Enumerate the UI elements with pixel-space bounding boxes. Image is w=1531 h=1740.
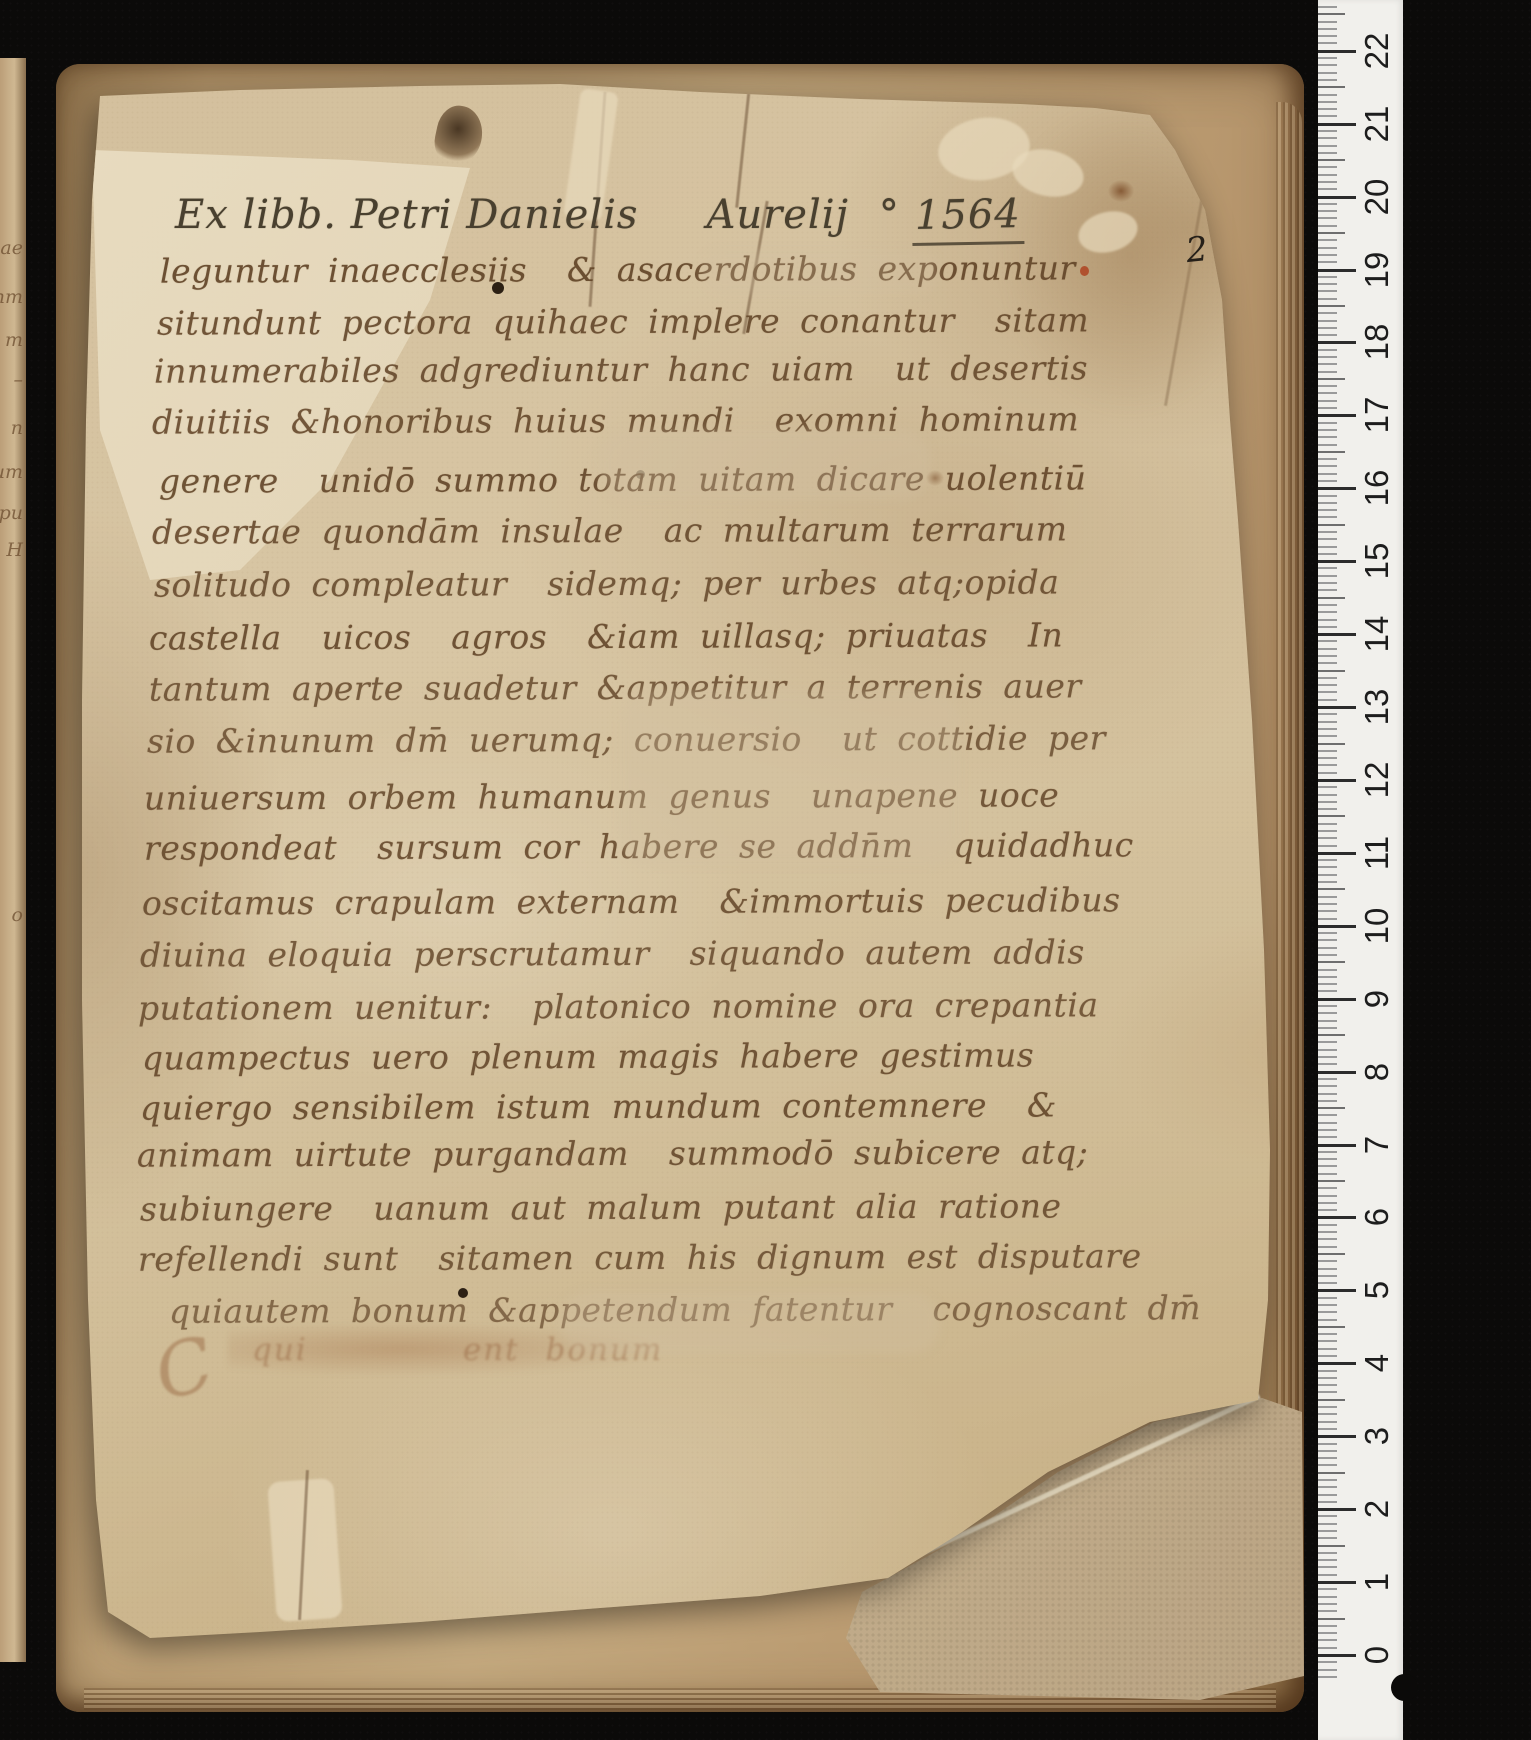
ruler-tick-mm (1318, 1238, 1337, 1240)
ruler-tick-half (1318, 1180, 1345, 1182)
ruler-tick-mm (1318, 1625, 1337, 1627)
ruler-tick-mm (1318, 1158, 1337, 1160)
ruler-cm-label: 16 (1360, 465, 1394, 511)
ruler-tick-mm (1318, 677, 1337, 679)
ruler-tick-half (1318, 888, 1345, 890)
ruler-tick-mm (1318, 1523, 1337, 1525)
ruler-tick-mm (1318, 699, 1337, 701)
ruler-tick-mm (1318, 174, 1337, 176)
ruler-tick-mm (1318, 465, 1337, 467)
ruler-tick-mm (1318, 1669, 1337, 1671)
manuscript-text-line: animam uirtute purgandam summodō subicer… (137, 1132, 1088, 1175)
ruler-tick-half (1318, 1472, 1345, 1474)
ruler-tick-mm (1318, 72, 1337, 74)
ruler-tick-cm (1318, 852, 1356, 855)
ruler-tick-half (1318, 86, 1345, 88)
ruler-tick-half (1318, 961, 1345, 963)
ruler-tick-mm (1318, 976, 1337, 978)
ruler-tick-cm (1318, 779, 1356, 782)
ruler-tick-mm (1318, 866, 1337, 868)
ruler-tick-mm (1318, 283, 1337, 285)
ruler-tick-mm (1318, 1246, 1337, 1248)
ruler-tick-mm (1318, 400, 1337, 402)
ruler-tick-half (1318, 1545, 1345, 1547)
ex-libris-name: Aurelij (706, 192, 848, 238)
ruler-cm-label: 17 (1360, 392, 1394, 438)
manuscript-text-line: subiungere uanum aut malum putant alia r… (140, 1186, 1062, 1229)
ruler-tick-mm (1318, 217, 1337, 219)
ruler-tick-mm (1318, 1005, 1337, 1007)
ruler-tick-cm (1318, 196, 1356, 199)
ruler-cm-label: 10 (1360, 903, 1394, 949)
ruler-cm-label: 9 (1360, 976, 1394, 1022)
ruler-tick-mm (1318, 203, 1337, 205)
manuscript-text-line: castella uicos agros &iam uillasq; priua… (149, 615, 1063, 658)
folio-number: 2 (1184, 229, 1210, 271)
ruler-tick-mm (1318, 1297, 1337, 1299)
manuscript-text-line: solitudo compleatur sidemq; per urbes at… (154, 562, 1060, 605)
ruler-tick-mm (1318, 757, 1337, 759)
ruler-cm-label: 11 (1360, 830, 1394, 876)
ruler-tick-mm (1318, 298, 1337, 300)
ruler-tick-mm (1318, 1406, 1337, 1408)
ruler-tick-mm (1318, 1552, 1337, 1554)
ruler-tick-mm (1318, 1129, 1337, 1131)
ruler-tick-half (1318, 1326, 1345, 1328)
ruler-tick-mm (1318, 1537, 1337, 1539)
ruler-tick-mm (1318, 1224, 1337, 1226)
ruler-tick-mm (1318, 166, 1337, 168)
ruler-tick-mm (1318, 502, 1337, 504)
ruler-tick-mm (1318, 983, 1337, 985)
ruler-tick-mm (1318, 1559, 1337, 1561)
ruler-tick-cm (1318, 1216, 1356, 1219)
ruler-tick-mm (1318, 327, 1337, 329)
ruler-tick-mm (1318, 750, 1337, 752)
ruler-tick-half (1318, 1399, 1345, 1401)
ruler-tick-mm (1318, 1530, 1337, 1532)
ruler-tick-mm (1318, 713, 1337, 715)
ruler-cm-label: 7 (1360, 1122, 1394, 1168)
ruler-tick-mm (1318, 1494, 1337, 1496)
ruler-tick-mm (1318, 1268, 1337, 1270)
ruler-tick-mm (1318, 1020, 1337, 1022)
ruler-cm-label: 13 (1360, 684, 1394, 730)
ruler-tick-mm (1318, 42, 1337, 44)
ruler-tick-mm (1318, 1202, 1337, 1204)
ruler-tick-mm (1318, 1413, 1337, 1415)
ruler-cm-label: 12 (1360, 757, 1394, 803)
ruler-tick-mm (1318, 1311, 1337, 1313)
ruler-tick-mm (1318, 516, 1337, 518)
ruler-tick-mm (1318, 910, 1337, 912)
ruler-tick-mm (1318, 94, 1337, 96)
ruler-cm-label: 21 (1360, 101, 1394, 147)
ruler-tick-mm (1318, 1486, 1337, 1488)
ruler-cm-label: 6 (1360, 1194, 1394, 1240)
ruler-tick-mm (1318, 137, 1337, 139)
ruler-cm-label: 2 (1360, 1486, 1394, 1532)
ruler-tick-mm (1318, 918, 1337, 920)
ruler-tick-half (1318, 815, 1345, 817)
ruler-tick-cm (1318, 633, 1356, 636)
ruler-tick-mm (1318, 1187, 1337, 1189)
ruler-tick-mm (1318, 1333, 1337, 1335)
leaf-wrap: Ex libb. Petri Danielis Aurelij ° 1564 2… (0, 0, 1531, 1740)
ruler-tick-mm (1318, 188, 1337, 190)
ruler-tick-mm (1318, 1661, 1337, 1663)
ruler-tick-mm (1318, 495, 1337, 497)
ruler-cm-label: 18 (1360, 319, 1394, 365)
ruler-tick-mm (1318, 1501, 1337, 1503)
ruler-tick-cm (1318, 1508, 1356, 1511)
ruler-tick-mm (1318, 436, 1337, 438)
ruler-tick-mm (1318, 1078, 1337, 1080)
red-spot (1080, 266, 1089, 276)
ruler-tick-mm (1318, 1588, 1337, 1590)
ruler-tick-mm (1318, 320, 1337, 322)
ruler-tick-cm (1318, 487, 1356, 490)
ruler-tick-mm (1318, 261, 1337, 263)
ruler-tick-half (1318, 1253, 1345, 1255)
ruler-tick-mm (1318, 575, 1337, 577)
ruler-cm-label: 15 (1360, 538, 1394, 584)
ruler-tick-mm (1318, 371, 1337, 373)
ruler-tick-mm (1318, 429, 1337, 431)
ruler-tick-mm (1318, 640, 1337, 642)
ruler-tick-mm (1318, 1428, 1337, 1430)
ruler-tick-mm (1318, 662, 1337, 664)
ruler-tick-half (1318, 378, 1345, 380)
ruler-tick-mm (1318, 589, 1337, 591)
ruler-tick-mm (1318, 385, 1337, 387)
ruler-tick-mm (1318, 1319, 1337, 1321)
ruler-tick-mm (1318, 728, 1337, 730)
ruler-tick-mm (1318, 538, 1337, 540)
ruler-tick-mm (1318, 392, 1337, 394)
ruler-tick-mm (1318, 1450, 1337, 1452)
ruler-tick-mm (1318, 6, 1337, 8)
ruler-tick-mm (1318, 1340, 1337, 1342)
ruler-tick-mm (1318, 1100, 1337, 1102)
faded-ink-area (560, 1292, 940, 1354)
ruler-tick-cm (1318, 123, 1356, 126)
ruler-tick-cm (1318, 269, 1356, 272)
ruler-tick-mm (1318, 1041, 1337, 1043)
ruler-tick-cm (1318, 1144, 1356, 1147)
ruler-tick-mm (1318, 786, 1337, 788)
ruler-tick-mm (1318, 1209, 1337, 1211)
ruler-tick-mm (1318, 721, 1337, 723)
ruler-tick-mm (1318, 990, 1337, 992)
manuscript-text-line: diuina eloquia perscrutamur siquando aut… (140, 932, 1085, 975)
ruler-tick-cm (1318, 414, 1356, 417)
ruler-tick-mm (1318, 130, 1337, 132)
ruler-tick-mm (1318, 1165, 1337, 1167)
ruler-tick-mm (1318, 830, 1337, 832)
ruler-tick-mm (1318, 1151, 1337, 1153)
ruler-tick-mm (1318, 954, 1337, 956)
ruler-tick-mm (1318, 225, 1337, 227)
ruler-tick-half (1318, 1107, 1345, 1109)
ruler-tick-mm (1318, 101, 1337, 103)
ruler-tick-mm (1318, 1632, 1337, 1634)
ruler-tick-mm (1318, 363, 1337, 365)
ruler-tick-mm (1318, 1596, 1337, 1598)
ruler-tick-mm (1318, 764, 1337, 766)
ruler-tick-mm (1318, 210, 1337, 212)
ruler-tick-mm (1318, 480, 1337, 482)
ruler-tick-mm (1318, 444, 1337, 446)
ruler-tick-half (1318, 1034, 1345, 1036)
ruler-tick-mm (1318, 1647, 1337, 1649)
ruler-tick-mm (1318, 604, 1337, 606)
ruler-tick-mm (1318, 1231, 1337, 1233)
ruler-tick-mm (1318, 108, 1337, 110)
ruler-tick-mm (1318, 1304, 1337, 1306)
faded-ink-area (600, 430, 930, 500)
ruler-tick-half (1318, 524, 1345, 526)
ruler-tick-half (1318, 743, 1345, 745)
ruler-tick-mm (1318, 1457, 1337, 1459)
ruler-tick-mm (1318, 1370, 1337, 1372)
ruler-tick-mm (1318, 1056, 1337, 1058)
ruler-tick-mm (1318, 823, 1337, 825)
ruler-tick-mm (1318, 57, 1337, 59)
ruler-tick-mm (1318, 1355, 1337, 1357)
manuscript-text-line: situndunt pectora quihaec implere conant… (157, 300, 1089, 343)
ruler-tick-mm (1318, 79, 1337, 81)
ruler-tick-mm (1318, 239, 1337, 241)
ruler-tick-mm (1318, 473, 1337, 475)
ruler-tick-mm (1318, 458, 1337, 460)
ruler-tick-mm (1318, 1391, 1337, 1393)
ex-libris-separator: ° (879, 192, 900, 238)
ruler-tick-mm (1318, 1603, 1337, 1605)
ruler-tick-mm (1318, 509, 1337, 511)
ex-libris-text: Ex libb. Petri Danielis (175, 192, 638, 238)
ruler-tick-half (1318, 305, 1345, 307)
ruler-tick-mm (1318, 422, 1337, 424)
ruler-tick-mm (1318, 947, 1337, 949)
ruler-tick-mm (1318, 181, 1337, 183)
ruler-tick-cm (1318, 925, 1356, 928)
ruler-tick-mm (1318, 772, 1337, 774)
ruler-tick-mm (1318, 407, 1337, 409)
manuscript-photograph: aenmm–numpuHo (0, 0, 1531, 1740)
ruler-tick-mm (1318, 1275, 1337, 1277)
photographic-scale-ruler: 012345678910111213141516171819202122 (1318, 0, 1403, 1740)
ruler-tick-mm (1318, 254, 1337, 256)
ruler-tick-mm (1318, 845, 1337, 847)
ruler-tick-mm (1318, 1122, 1337, 1124)
ruler-tick-cm (1318, 1581, 1356, 1584)
ruler-tick-cm (1318, 341, 1356, 344)
ruler-tick-mm (1318, 932, 1337, 934)
ruler-tick-mm (1318, 691, 1337, 693)
ruler-tick-mm (1318, 1012, 1337, 1014)
ruler-tick-cm (1318, 1435, 1356, 1438)
ruler-tick-mm (1318, 1443, 1337, 1445)
ruler-tick-mm (1318, 582, 1337, 584)
ruler-tick-mm (1318, 1049, 1337, 1051)
ruler-tick-mm (1318, 349, 1337, 351)
ruler-tick-mm (1318, 1348, 1337, 1350)
ruler-tick-cm (1318, 50, 1356, 53)
ruler-tick-mm (1318, 626, 1337, 628)
ruler-tick-half (1318, 159, 1345, 161)
ruler-cm-label: 8 (1360, 1049, 1394, 1095)
ruler-tick-mm (1318, 619, 1337, 621)
ruler-tick-mm (1318, 896, 1337, 898)
ex-libris-inscription: Ex libb. Petri Danielis Aurelij ° 1564 (175, 192, 1024, 245)
ruler-tick-cm (1318, 560, 1356, 563)
ruler-tick-mm (1318, 531, 1337, 533)
ruler-tick-mm (1318, 903, 1337, 905)
manuscript-text-line: quiergo sensibilem istum mundum contemne… (140, 1085, 1057, 1128)
ruler-tick-mm (1318, 1574, 1337, 1576)
ruler-cm-label: 3 (1360, 1413, 1394, 1459)
ruler-tick-mm (1318, 969, 1337, 971)
ruler-tick-mm (1318, 684, 1337, 686)
ruler-tick-mm (1318, 1464, 1337, 1466)
ruler-tick-half (1318, 451, 1345, 453)
manuscript-text-line: oscitamus crapulam externam &immortuis p… (142, 880, 1121, 923)
ruler-tick-mm (1318, 808, 1337, 810)
ruler-tick-mm (1318, 1479, 1337, 1481)
ruler-tick-cm (1318, 1654, 1356, 1657)
ruler-tick-mm (1318, 276, 1337, 278)
ruler-tick-mm (1318, 1093, 1337, 1095)
ruler-tick-mm (1318, 1085, 1337, 1087)
ruler-tick-mm (1318, 567, 1337, 569)
ruler-tick-cm (1318, 1362, 1356, 1365)
parchment-leaf: Ex libb. Petri Danielis Aurelij ° 1564 2… (0, 0, 1531, 1740)
ruler-tick-cm (1318, 706, 1356, 709)
ruler-tick-mm (1318, 801, 1337, 803)
ruler-tick-mm (1318, 1421, 1337, 1423)
ruler-tick-mm (1318, 1195, 1337, 1197)
ruler-cm-label: 0 (1360, 1632, 1394, 1678)
ex-libris-year: 1564 (911, 191, 1024, 246)
ruler-tick-mm (1318, 611, 1337, 613)
ruler-tick-cm (1318, 1071, 1356, 1074)
ruler-cm-label: 22 (1360, 28, 1394, 74)
ruler-tick-mm (1318, 1260, 1337, 1262)
ruler-tick-mm (1318, 312, 1337, 314)
ruler-tick-mm (1318, 881, 1337, 883)
ruler-tick-mm (1318, 1136, 1337, 1138)
ruler-cm-label: 5 (1360, 1267, 1394, 1313)
ruler-cm-label: 19 (1360, 247, 1394, 293)
brown-stain (1108, 180, 1134, 202)
ruler-cm-label: 4 (1360, 1340, 1394, 1386)
ruler-tick-mm (1318, 152, 1337, 154)
ruler-tick-mm (1318, 28, 1337, 30)
ruler-tick-mm (1318, 115, 1337, 117)
manuscript-text-line: refellendi sunt sitamen cum his dignum e… (138, 1236, 1142, 1280)
ruler-tick-half (1318, 1618, 1345, 1620)
manuscript-text-line: desertae quondām insulae ac multarum ter… (152, 509, 1068, 552)
manuscript-text-line: putationem uenitur: platonico nomine ora… (138, 985, 1099, 1028)
ruler-tick-mm (1318, 145, 1337, 147)
ruler-tick-mm (1318, 794, 1337, 796)
faded-ink-area (620, 690, 960, 865)
ruler-tick-cm (1318, 1289, 1356, 1292)
ruler-tick-mm (1318, 1377, 1337, 1379)
ruler-tick-mm (1318, 64, 1337, 66)
ruler-tick-mm (1318, 859, 1337, 861)
ruler-tick-mm (1318, 1114, 1337, 1116)
ruler-tick-mm (1318, 735, 1337, 737)
ruler-tick-mm (1318, 1639, 1337, 1641)
ruler-tick-mm (1318, 35, 1337, 37)
ruler-tick-half (1318, 13, 1345, 15)
ruler-tick-mm (1318, 874, 1337, 876)
ruler-tick-mm (1318, 1610, 1337, 1612)
ruler-tick-mm (1318, 1384, 1337, 1386)
ruler-tick-mm (1318, 247, 1337, 249)
ruler-tick-mm (1318, 1063, 1337, 1065)
ruler-tick-mm (1318, 939, 1337, 941)
manuscript-text-line: quampectus uero plenum magis habere gest… (142, 1035, 1034, 1078)
ruler-tick-mm (1318, 1566, 1337, 1568)
ruler-tick-half (1318, 232, 1345, 234)
ruler-tick-mm (1318, 655, 1337, 657)
manuscript-text-line: innumerabiles adgrediuntur hanc uiam ut … (154, 348, 1088, 391)
ruler-tick-half (1318, 597, 1345, 599)
ruler-tick-mm (1318, 334, 1337, 336)
ruler-tick-mm (1318, 553, 1337, 555)
ruler-tick-half (1318, 670, 1345, 672)
ruler-notch (1391, 1674, 1418, 1701)
ruler-tick-mm (1318, 1282, 1337, 1284)
ruler-tick-mm (1318, 1027, 1337, 1029)
faded-ink-area (700, 250, 940, 294)
ruler-tick-mm (1318, 21, 1337, 23)
ruler-tick-mm (1318, 1515, 1337, 1517)
ruler-tick-cm (1318, 998, 1356, 1001)
ruler-tick-mm (1318, 1173, 1337, 1175)
ruler-tick-mm (1318, 546, 1337, 548)
ruler-cm-label: 20 (1360, 174, 1394, 220)
ruler-tick-mm (1318, 837, 1337, 839)
ruler-cm-label: 14 (1360, 611, 1394, 657)
ruler-tick-mm (1318, 648, 1337, 650)
ruler-tick-mm (1318, 290, 1337, 292)
ruler-tick-mm (1318, 1676, 1337, 1678)
ruler-tick-mm (1318, 356, 1337, 358)
ruler-cm-label: 1 (1360, 1559, 1394, 1605)
